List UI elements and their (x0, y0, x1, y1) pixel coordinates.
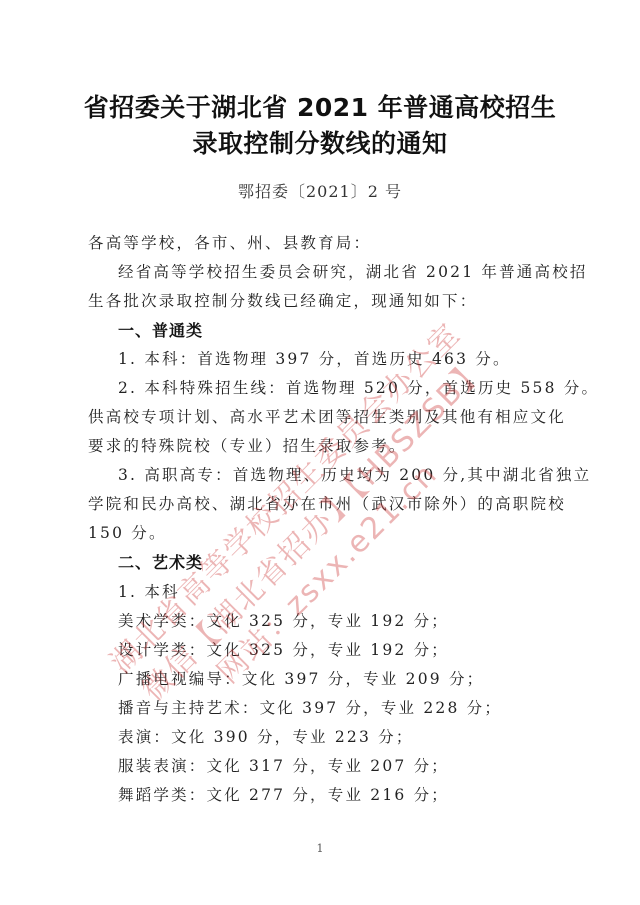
art-item: 表演：文化 390 分，专业 223 分； (118, 725, 588, 747)
section-heading-art: 二、艺术类 (118, 550, 588, 573)
document-number: 鄂招委〔2021〕2 号 (0, 179, 640, 202)
document-title-line-2: 录取控制分数线的通知 (0, 124, 640, 160)
art-item: 服装表演：文化 317 分，专业 207 分； (118, 754, 588, 776)
general-item-2-line-3: 要求的特殊院校（专业）招生录取参考。 (88, 434, 558, 456)
art-item: 设计学类：文化 325 分，专业 192 分； (118, 638, 588, 660)
art-item: 播音与主持艺术：文化 397 分，专业 228 分； (118, 696, 588, 718)
section-heading-general: 一、普通类 (118, 318, 588, 341)
art-subheading-undergrad: 1. 本科 (118, 580, 588, 602)
art-item: 广播电视编导：文化 397 分，专业 209 分； (118, 667, 588, 689)
intro-line-1: 经省高等学校招生委员会研究，湖北省 2021 年普通高校招 (118, 260, 588, 282)
general-item-2-line-1: 2. 本科特殊招生线：首选物理 520 分，首选历史 558 分。 (118, 376, 588, 398)
art-item: 美术学类：文化 325 分，专业 192 分； (118, 609, 588, 631)
art-item: 舞蹈学类：文化 277 分，专业 216 分； (118, 783, 588, 805)
general-item-1: 1. 本科：首选物理 397 分，首选历史 463 分。 (118, 347, 588, 369)
general-item-2-line-2: 供高校专项计划、高水平艺术团等招生类别及其他有相应文化 (88, 405, 558, 427)
document-page: 省招委关于湖北省 2021 年普通高校招生 录取控制分数线的通知 鄂招委〔202… (0, 0, 640, 905)
general-item-3-line-2: 学院和民办高校、湖北省办在市州（武汉市除外）的高职院校 (88, 492, 558, 514)
general-item-3-line-3: 150 分。 (88, 521, 558, 543)
salutation: 各高等学校，各市、州、县教育局： (88, 231, 558, 253)
intro-line-2: 生各批次录取控制分数线已经确定，现通知如下： (88, 289, 558, 311)
page-number: 1 (0, 842, 640, 855)
document-title-line-1: 省招委关于湖北省 2021 年普通高校招生 (0, 88, 640, 124)
general-item-3-line-1: 3. 高职高专：首选物理、历史均为 200 分,其中湖北省独立 (118, 463, 588, 485)
